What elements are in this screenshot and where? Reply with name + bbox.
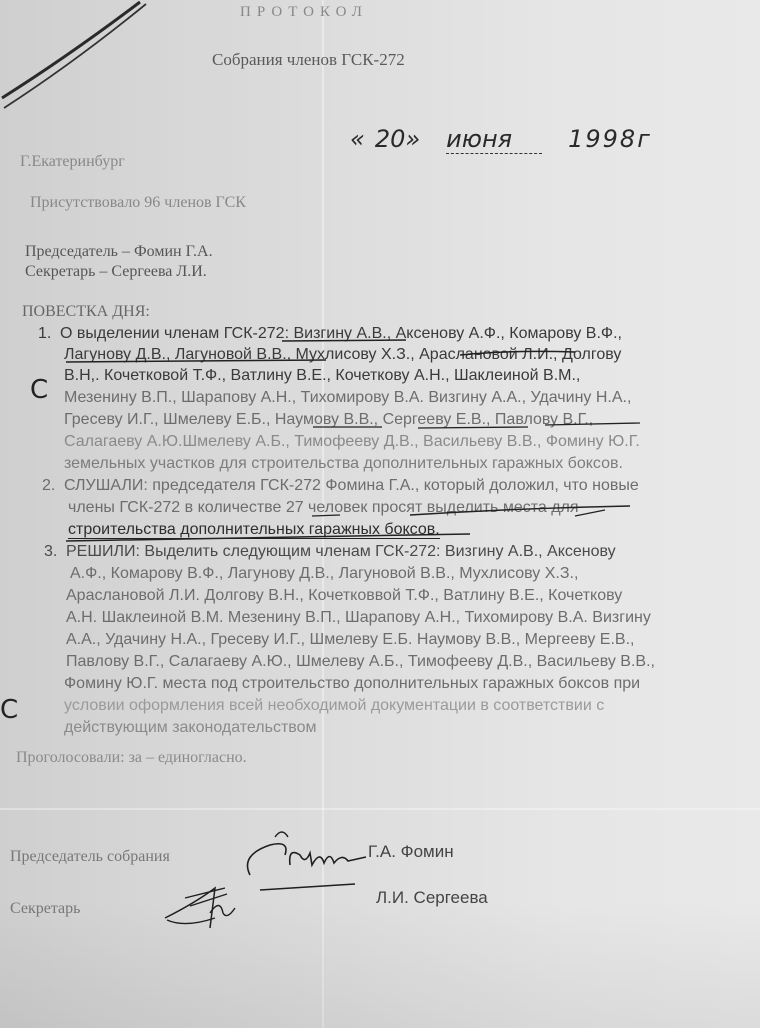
item-number: 3. — [44, 541, 66, 562]
item3-line: действующим законодательством — [64, 717, 317, 738]
item-text: РЕШИЛИ: Выделить следующим членам ГСК-27… — [66, 543, 616, 560]
secretary-signature — [155, 858, 395, 938]
item3-line: А.Ф., Комарову В.Ф., Лагунову Д.В., Лагу… — [70, 563, 578, 584]
vote-result: Проголосовали: за – единогласно. — [16, 748, 247, 768]
pen-underlines — [0, 0, 760, 540]
item3-line: условии оформления всей необходимой доку… — [64, 695, 604, 716]
item3-line: А.Н. Шаклеиной В.М. Мезенину В.П., Шарап… — [66, 607, 651, 628]
item3-line: А.А., Удачину Н.А., Гресеву И.Г., Шмелев… — [66, 629, 634, 650]
document-page: ПРОТОКОЛ Собрания членов ГСК-272 Г.Екате… — [0, 0, 760, 1028]
item3-line: 3.РЕШИЛИ: Выделить следующим членам ГСК-… — [44, 541, 616, 562]
item3-line: Павлову В.Г., Салагаеву А.Ю., Шмелеву А.… — [66, 651, 655, 672]
item3-line: Фомину Ю.Г. места под строительство допо… — [64, 673, 640, 694]
margin-mark: С — [30, 375, 48, 405]
item3-line: Арaслановой Л.И. Долгову В.Н., Кочетковв… — [66, 585, 622, 606]
chair-signature-label: Председатель собрания — [10, 848, 170, 866]
margin-mark: С — [0, 695, 18, 725]
paper-fold-horizontal — [0, 808, 760, 810]
secretary-signature-label: Секретарь — [10, 900, 80, 918]
